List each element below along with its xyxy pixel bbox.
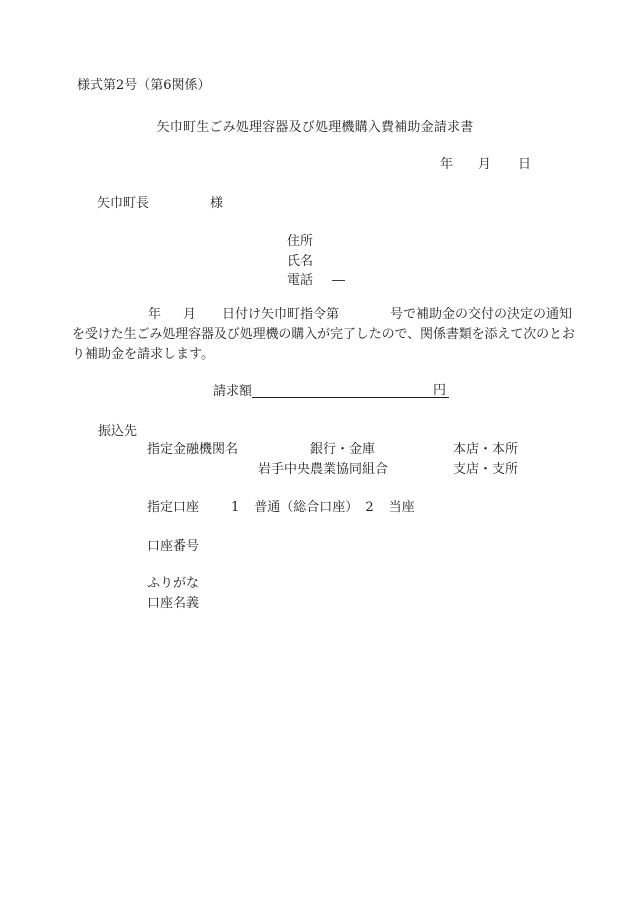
transfer-section-label: 振込先: [98, 425, 137, 438]
date-month-label: 月: [478, 157, 491, 172]
bank-kinds-label: 銀行・金庫: [310, 443, 375, 456]
institution-name: 岩手中央農業協同組合: [258, 463, 388, 476]
furigana-label: ふりがな: [147, 577, 199, 590]
date-year-label: 年: [440, 157, 453, 172]
institution-label: 指定金融機関名: [147, 443, 238, 456]
applicant-address-label: 住所: [287, 235, 313, 248]
addressee-honorific: 様: [210, 196, 223, 211]
form-number: 様式第2号（第6関係）: [77, 79, 211, 92]
document-title: 矢巾町生ごみ処理容器及び処理機購入費補助金請求書: [0, 121, 630, 134]
account-holder-label: 口座名義: [147, 597, 199, 610]
account-option2-number: 2: [365, 500, 373, 515]
claim-unit-label: 円: [433, 384, 449, 398]
body-line-2: を受けた生ごみ処理容器及び処理機の購入が完了したので、関係書類を添えて次のとお: [72, 328, 575, 341]
applicant-phone-label: 電話: [287, 273, 313, 288]
branch-kinds-label: 支店・支所: [453, 463, 518, 476]
addressee-name: 矢巾町長: [97, 196, 149, 211]
head-office-kinds-label: 本店・本所: [453, 443, 518, 456]
document-page: 様式第2号（第6関係） 矢巾町生ごみ処理容器及び処理機購入費補助金請求書 年月日…: [0, 0, 630, 903]
account-option1-number: 1: [231, 500, 239, 515]
account-type-line: 指定口座1普通（総合口座）2当座: [147, 501, 415, 514]
body-year-label: 年: [148, 307, 161, 322]
addressee-line: 矢巾町長様: [97, 197, 223, 210]
date-day-label: 日: [518, 157, 531, 172]
body-notice-text: 号で補助金の交付の決定の通知: [390, 307, 572, 322]
body-directive-text: 日付け矢巾町指令第: [222, 307, 339, 322]
account-label: 指定口座: [147, 500, 199, 515]
account-option1-label: 普通（総合口座）: [254, 500, 358, 515]
body-line-3: り補助金を請求します。: [72, 348, 214, 361]
claim-label: 請求額: [213, 384, 252, 399]
date-line: 年月日: [440, 158, 531, 171]
account-number-label: 口座番号: [147, 540, 199, 553]
claim-amount-blank: [252, 384, 433, 398]
body-line-1: 年月日付け矢巾町指令第号で補助金の交付の決定の通知: [72, 308, 572, 321]
applicant-name-label: 氏名: [287, 255, 313, 268]
phone-dash: ―: [332, 273, 345, 288]
claim-line: 請求額円: [213, 384, 449, 398]
applicant-phone-line: 電話―: [287, 274, 345, 287]
account-option2-label: 当座: [389, 500, 415, 515]
body-month-label: 月: [183, 307, 196, 322]
